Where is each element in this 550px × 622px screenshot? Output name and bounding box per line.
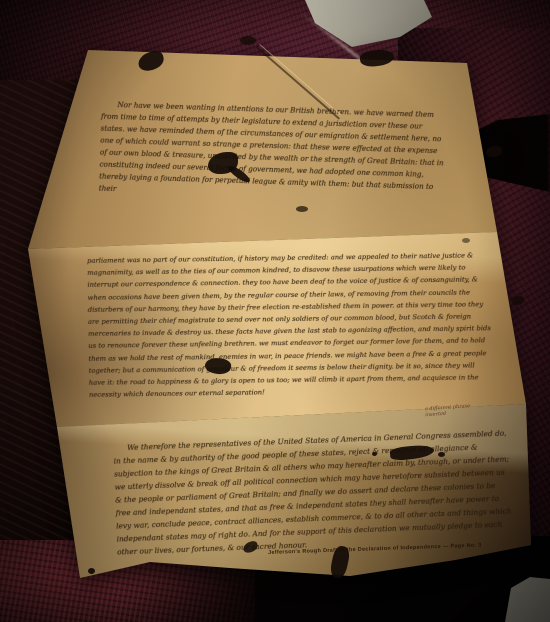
parchment-document: Nor have we been wanting in attentions t… <box>0 0 550 622</box>
ink-blot <box>240 36 256 45</box>
edge-stain <box>486 146 502 157</box>
ink-blot <box>296 206 308 212</box>
ink-droplet <box>372 452 377 456</box>
small-hole <box>88 568 95 574</box>
photo-scene: Nor have we been wanting in attentions t… <box>0 0 550 622</box>
handwritten-text-bottom: We therefore the representatives of the … <box>113 426 513 558</box>
handwritten-text-middle: parliament was no part of our constituti… <box>87 249 493 401</box>
ink-droplet <box>438 452 445 457</box>
handwritten-text-top: Nor have we been wanting in attentions t… <box>99 99 448 206</box>
edge-stain <box>462 238 470 243</box>
edge-stain <box>512 296 524 305</box>
